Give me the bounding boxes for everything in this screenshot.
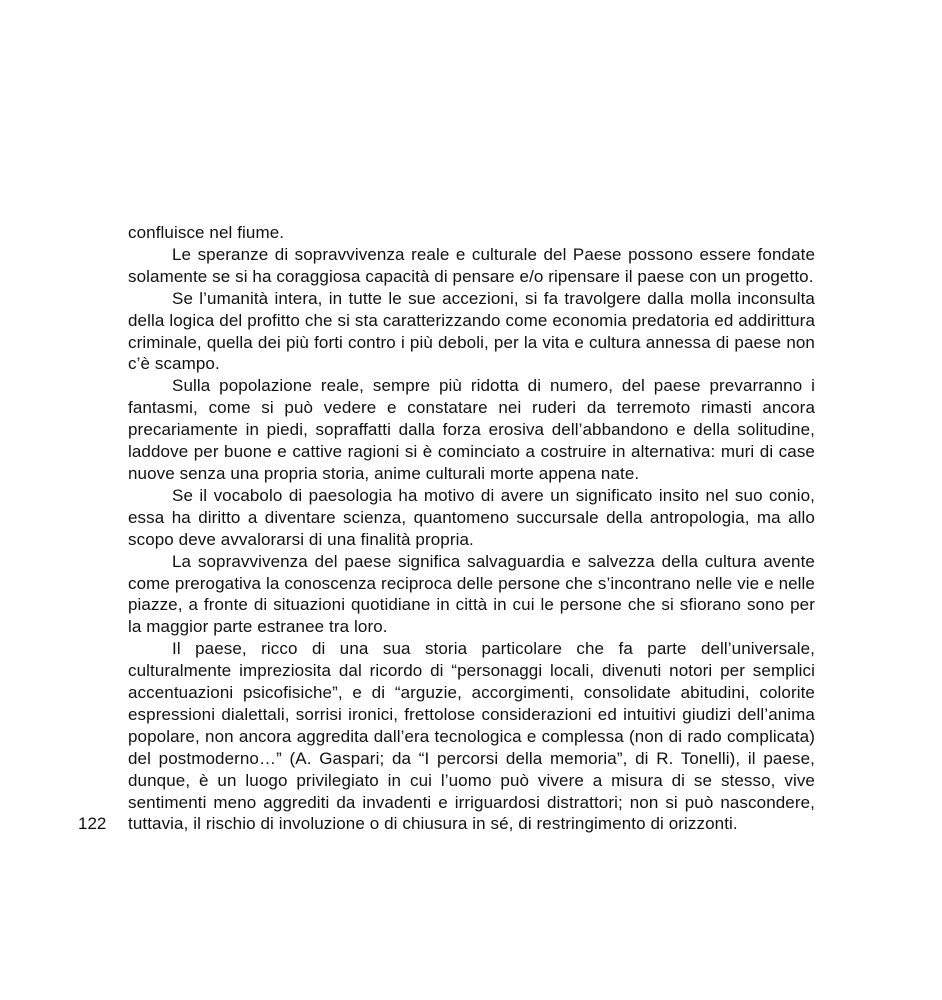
paragraph: Se l’umanità intera, in tutte le sue acc… [128,288,815,376]
paragraph: Sulla popolazione reale, sempre più rido… [128,375,815,485]
paragraph: Se il vocabolo di paesologia ha motivo d… [128,485,815,551]
document-page: confluisce nel fiume. Le speranze di sop… [0,0,942,1000]
paragraph: Il paese, ricco di una sua storia partic… [128,638,815,835]
paragraph: Le speranze di sopravvivenza reale e cul… [128,244,815,288]
text-block: confluisce nel fiume. Le speranze di sop… [128,222,815,835]
page-number: 122 [78,813,106,835]
paragraph: La sopravvivenza del paese significa sal… [128,551,815,639]
paragraph: confluisce nel fiume. [128,222,815,244]
